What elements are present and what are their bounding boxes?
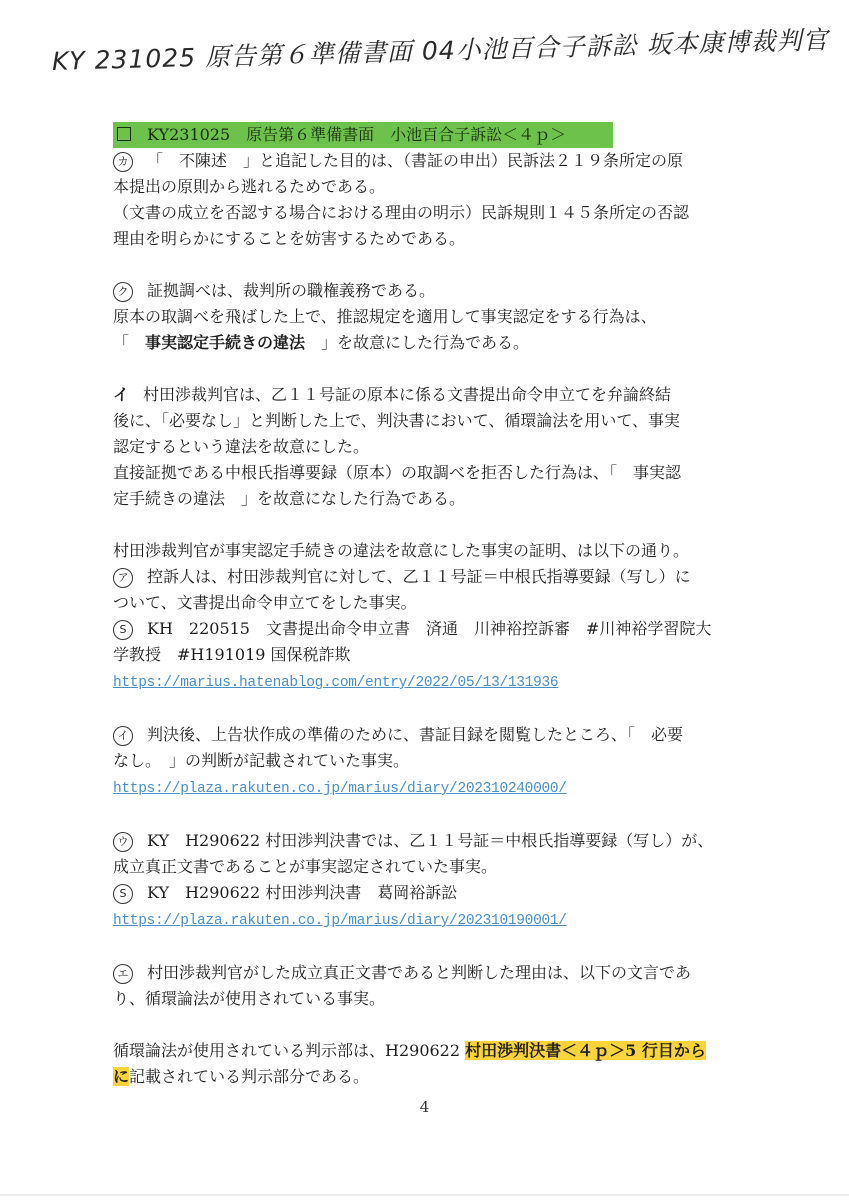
- proof-a-1: ア控訴人は、村田渉裁判官に対して、乙１１号証＝中根氏指導要録（写し）に: [113, 564, 773, 590]
- text: 判決後、上告状作成の準備のために、書証目録を閲覧したところ、「 必要: [147, 725, 683, 744]
- proof-intro: 村田渉裁判官が事実認定手続きの違法を故意にした事実の証明、は以下の通り。: [113, 538, 773, 564]
- highlighted-reference: 村田渉判決書＜４ｐ＞5 行目から: [465, 1041, 706, 1060]
- paragraph-ka-1: カ「 不陳述 」と追記した目的は、（書証の申出）民訴法２１９条所定の原: [113, 148, 773, 174]
- highlighted-reference: に: [113, 1067, 129, 1086]
- circled-u-icon: ウ: [113, 832, 133, 852]
- paragraph-ka-3: （文書の成立を否認する場合における理由の明示）民訴規則１４５条所定の否認: [113, 200, 773, 226]
- circled-ku-icon: ク: [113, 282, 133, 302]
- text: 記載されている判示部分である。: [129, 1067, 369, 1086]
- text: 証拠調べは、裁判所の職権義務である。: [147, 281, 435, 300]
- checkbox-icon: [117, 127, 131, 141]
- text: 村田渉裁判官がした成立真正文書であると判断した理由は、以下の文言であ: [147, 963, 691, 982]
- proof-c-url-line: https://plaza.rakuten.co.jp/marius/diary…: [113, 906, 773, 934]
- text: 循環論法が使用されている判示部は、H290622: [113, 1041, 465, 1060]
- proof-a-url-line: https://marius.hatenablog.com/entry/2022…: [113, 668, 773, 696]
- rakuten-diary-link-2[interactable]: https://plaza.rakuten.co.jp/marius/diary…: [113, 913, 567, 929]
- section-banner: KY231025 原告第６準備書面 小池百合子訴訟＜４ｐ＞: [113, 122, 613, 148]
- paragraph-i-3: 認定するという違法を故意にした。: [113, 434, 773, 460]
- paragraph-ka-4: 理由を明らかにすることを妨害するためである。: [113, 226, 773, 252]
- text: 村田渉裁判官は、乙１１号証の原本に係る文書提出命令申立てを弁論終結: [143, 385, 671, 404]
- paragraph-i-5: 定手続きの違法 」を故意になした行為である。: [113, 486, 773, 512]
- circled-ka-icon: カ: [113, 152, 133, 172]
- spacer: [113, 934, 773, 960]
- proof-a-source-2: 学教授 #H191019 国保税詐欺: [113, 642, 773, 668]
- text: 」を故意にした行為である。: [305, 333, 529, 352]
- paragraph-ka-2: 本提出の原則から逃れるためである。: [113, 174, 773, 200]
- paragraph-ku-2: 原本の取調べを飛ばした上で、推認規定を適用して事実認定をする行為は、: [113, 304, 773, 330]
- text: 「 不陳述 」と追記した目的は、（書証の申出）民訴法２１９条所定の原: [147, 151, 683, 170]
- text: KH 220515 文書提出命令申立書 済通 川神裕控訴審 #川神裕学習院大: [147, 619, 711, 638]
- paragraph-i-1: イ村田渉裁判官は、乙１１号証の原本に係る文書提出命令申立てを弁論終結: [113, 382, 773, 408]
- scan-edge-divider: [0, 1194, 849, 1196]
- proof-d-1: エ村田渉裁判官がした成立真正文書であると判断した理由は、以下の文言であ: [113, 960, 773, 986]
- section-i-marker: イ: [113, 385, 129, 404]
- text: 「: [113, 333, 145, 352]
- conclusion-1: 循環論法が使用されている判示部は、H290622 村田渉判決書＜４ｐ＞5 行目か…: [113, 1038, 773, 1064]
- proof-a-2: ついて、文書提出命令申立てをした事実。: [113, 590, 773, 616]
- hatenablog-link[interactable]: https://marius.hatenablog.com/entry/2022…: [113, 675, 558, 691]
- proof-b-2: なし。 」の判断が記載されていた事実。: [113, 748, 773, 774]
- page-number: 4: [0, 1098, 849, 1116]
- proof-c-2: 成立真正文書であることが事実認定されていた事実。: [113, 854, 773, 880]
- proof-b-url-line: https://plaza.rakuten.co.jp/marius/diary…: [113, 774, 773, 802]
- circled-s-icon: S: [113, 884, 133, 904]
- text: KY H290622 村田渉判決書 葛岡裕訴訟: [147, 883, 457, 902]
- bold-emphasis: 事実認定手続きの違法: [145, 333, 305, 352]
- spacer: [113, 252, 773, 278]
- proof-d-2: り、循環論法が使用されている事実。: [113, 986, 773, 1012]
- banner-text: KY231025 原告第６準備書面 小池百合子訴訟＜４ｐ＞: [147, 125, 566, 144]
- rakuten-diary-link-1[interactable]: https://plaza.rakuten.co.jp/marius/diary…: [113, 781, 567, 797]
- circled-i-icon: イ: [113, 726, 133, 746]
- spacer: [113, 802, 773, 828]
- handwritten-title: KY 231025 原告第６準備書面 04小池百合子訴訟 坂本康博裁判官: [51, 21, 812, 78]
- paragraph-i-2: 後に、「必要なし」と判断した上で、判決書において、循環論法を用いて、事実: [113, 408, 773, 434]
- text: KY H290622 村田渉判決書では、乙１１号証＝中根氏指導要録（写し）が、: [147, 831, 713, 850]
- spacer: [113, 356, 773, 382]
- paragraph-ku-1: ク証拠調べは、裁判所の職権義務である。: [113, 278, 773, 304]
- paragraph-i-4: 直接証拠である中根氏指導要録（原本）の取調べを拒否した行為は、「 事実認: [113, 460, 773, 486]
- conclusion-2: に記載されている判示部分である。: [113, 1064, 773, 1090]
- text: 控訴人は、村田渉裁判官に対して、乙１１号証＝中根氏指導要録（写し）に: [147, 567, 691, 586]
- circled-a-icon: ア: [113, 568, 133, 588]
- document-body: KY231025 原告第６準備書面 小池百合子訴訟＜４ｐ＞ カ「 不陳述 」と追…: [113, 122, 773, 1090]
- spacer: [113, 512, 773, 538]
- proof-c-source-1: SKY H290622 村田渉判決書 葛岡裕訴訟: [113, 880, 773, 906]
- proof-b-1: イ判決後、上告状作成の準備のために、書証目録を閲覧したところ、「 必要: [113, 722, 773, 748]
- paragraph-ku-3: 「 事実認定手続きの違法 」を故意にした行為である。: [113, 330, 773, 356]
- spacer: [113, 696, 773, 722]
- circled-e-icon: エ: [113, 964, 133, 984]
- proof-a-source-1: SKH 220515 文書提出命令申立書 済通 川神裕控訴審 #川神裕学習院大: [113, 616, 773, 642]
- proof-c-1: ウKY H290622 村田渉判決書では、乙１１号証＝中根氏指導要録（写し）が、: [113, 828, 773, 854]
- circled-s-icon: S: [113, 620, 133, 640]
- spacer: [113, 1012, 773, 1038]
